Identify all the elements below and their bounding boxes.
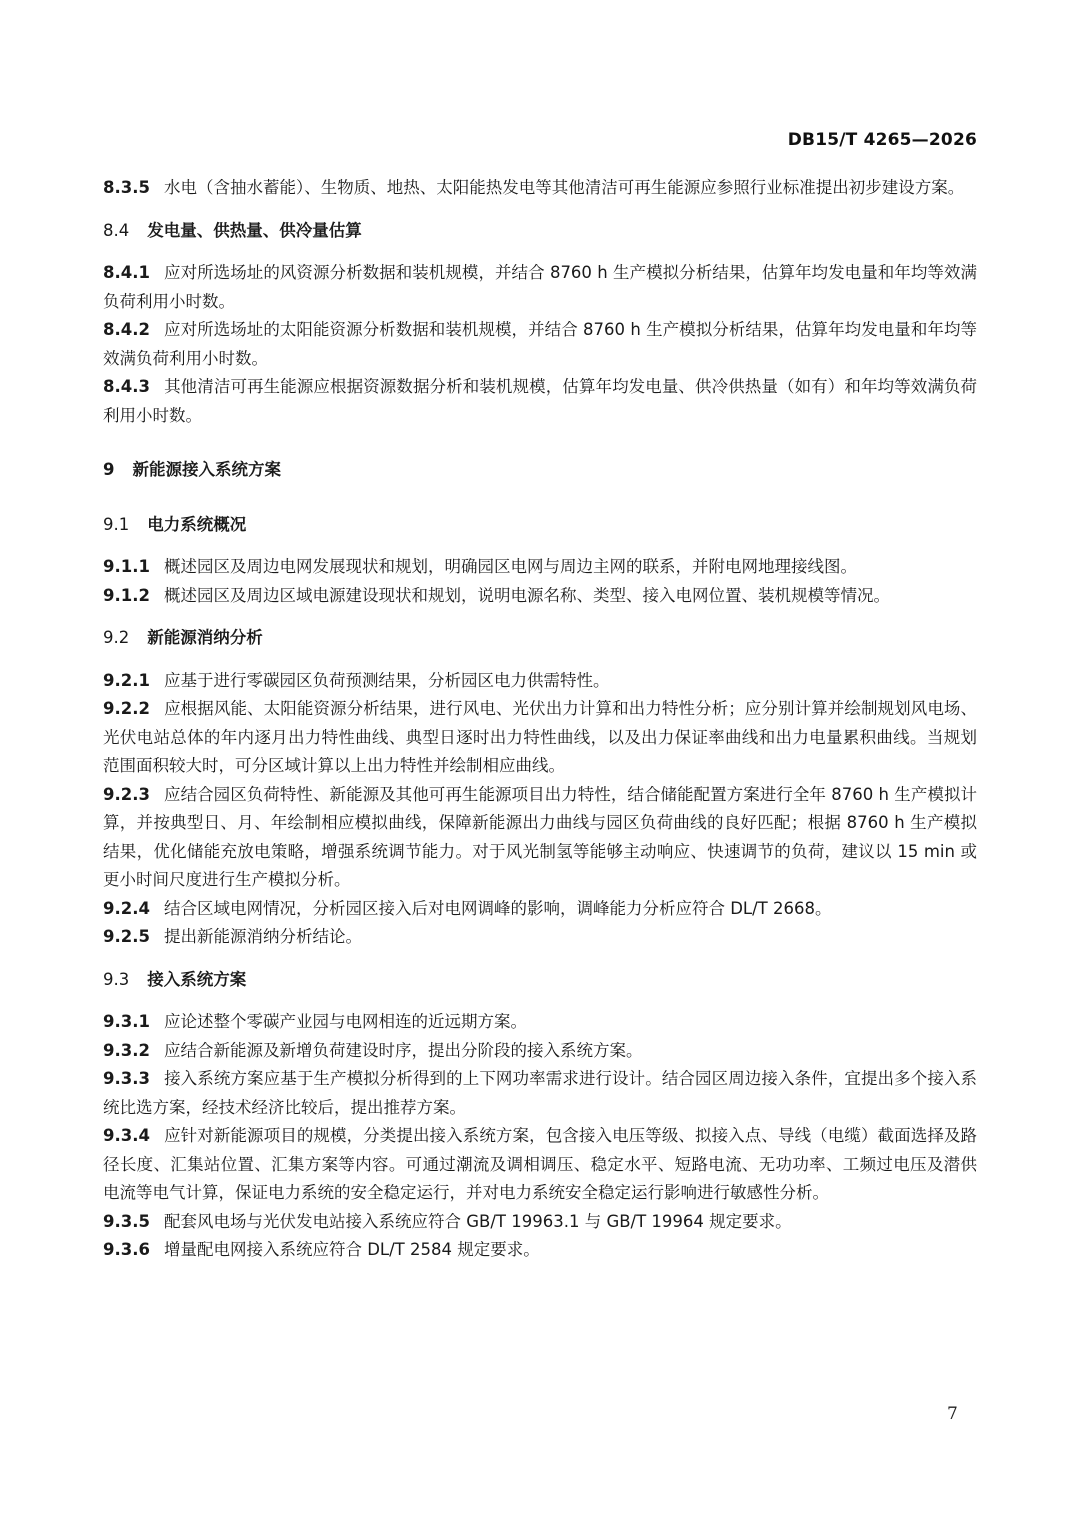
page-number: 7 <box>947 1404 958 1424</box>
heading-number: 8.4 <box>103 221 129 240</box>
clause-9-1-2: 9.1.2概述园区及周边区域电源建设现状和规划，说明电源名称、类型、接入电网位置… <box>103 582 977 611</box>
clause-9-3-3: 9.3.3接入系统方案应基于生产模拟分析得到的上下网功率需求进行设计。结合园区周… <box>103 1065 977 1122</box>
clause-9-3-1: 9.3.1应论述整个零碳产业园与电网相连的近远期方案。 <box>103 1008 977 1037</box>
clause-text: 接入系统方案应基于生产模拟分析得到的上下网功率需求进行设计。结合园区周边接入条件… <box>103 1069 977 1117</box>
clause-number: 9.3.3 <box>103 1069 150 1088</box>
heading-text: 新能源消纳分析 <box>147 628 263 647</box>
clause-text: 应结合新能源及新增负荷建设时序，提出分阶段的接入系统方案。 <box>164 1041 643 1060</box>
clause-number: 9.3.1 <box>103 1012 150 1031</box>
clause-8-3-5: 8.3.5水电（含抽水蓄能）、生物质、地热、太阳能热发电等其他清洁可再生能源应参… <box>103 174 977 203</box>
clause-number: 9.1.1 <box>103 557 150 576</box>
clause-text: 其他清洁可再生能源应根据资源数据分析和装机规模，估算年均发电量、供冷供热量（如有… <box>103 377 977 425</box>
clause-text: 应根据风能、太阳能资源分析结果，进行风电、光伏出力计算和出力特性分析；应分别计算… <box>103 699 977 775</box>
clause-number: 9.2.5 <box>103 927 150 946</box>
clause-text: 增量配电网接入系统应符合 DL/T 2584 规定要求。 <box>164 1240 540 1259</box>
document-body: 8.3.5水电（含抽水蓄能）、生物质、地热、太阳能热发电等其他清洁可再生能源应参… <box>103 174 977 1265</box>
document-page: DB15/T 4265—2026 8.3.5水电（含抽水蓄能）、生物质、地热、太… <box>0 0 1080 1527</box>
clause-number: 9.2.3 <box>103 785 150 804</box>
clause-9-3-5: 9.3.5配套风电场与光伏发电站接入系统应符合 GB/T 19963.1 与 G… <box>103 1208 977 1237</box>
clause-text: 应基于进行零碳园区负荷预测结果，分析园区电力供需特性。 <box>164 671 610 690</box>
clause-9-2-2: 9.2.2应根据风能、太阳能资源分析结果，进行风电、光伏出力计算和出力特性分析；… <box>103 695 977 781</box>
clause-number: 9.2.1 <box>103 671 150 690</box>
heading-number: 9.1 <box>103 515 129 534</box>
clause-number: 8.3.5 <box>103 178 150 197</box>
clause-number: 9.2.2 <box>103 699 150 718</box>
heading-9: 9新能源接入系统方案 <box>103 456 977 485</box>
clause-8-4-1: 8.4.1应对所选场址的风资源分析数据和装机规模，并结合 8760 h 生产模拟… <box>103 259 977 316</box>
clause-text: 配套风电场与光伏发电站接入系统应符合 GB/T 19963.1 与 GB/T 1… <box>164 1212 792 1231</box>
clause-8-4-3: 8.4.3其他清洁可再生能源应根据资源数据分析和装机规模，估算年均发电量、供冷供… <box>103 373 977 430</box>
clause-text: 提出新能源消纳分析结论。 <box>164 927 362 946</box>
clause-number: 9.3.4 <box>103 1126 150 1145</box>
heading-text: 新能源接入系统方案 <box>132 460 281 479</box>
heading-text: 接入系统方案 <box>147 970 246 989</box>
heading-8-4: 8.4发电量、供热量、供冷量估算 <box>103 217 977 246</box>
clause-9-3-2: 9.3.2应结合新能源及新增负荷建设时序，提出分阶段的接入系统方案。 <box>103 1037 977 1066</box>
clause-9-2-1: 9.2.1应基于进行零碳园区负荷预测结果，分析园区电力供需特性。 <box>103 667 977 696</box>
clause-9-1-1: 9.1.1概述园区及周边电网发展现状和规划，明确园区电网与周边主网的联系，并附电… <box>103 553 977 582</box>
clause-text: 应对所选场址的太阳能资源分析数据和装机规模，并结合 8760 h 生产模拟分析结… <box>103 320 977 368</box>
clause-8-4-2: 8.4.2应对所选场址的太阳能资源分析数据和装机规模，并结合 8760 h 生产… <box>103 316 977 373</box>
clause-number: 8.4.3 <box>103 377 150 396</box>
clause-text: 应论述整个零碳产业园与电网相连的近远期方案。 <box>164 1012 527 1031</box>
document-code-header: DB15/T 4265—2026 <box>788 130 977 150</box>
clause-text: 应对所选场址的风资源分析数据和装机规模，并结合 8760 h 生产模拟分析结果，… <box>103 263 977 311</box>
heading-9-3: 9.3接入系统方案 <box>103 966 977 995</box>
clause-number: 8.4.1 <box>103 263 150 282</box>
heading-9-1: 9.1电力系统概况 <box>103 511 977 540</box>
clause-9-3-6: 9.3.6增量配电网接入系统应符合 DL/T 2584 规定要求。 <box>103 1236 977 1265</box>
heading-text: 发电量、供热量、供冷量估算 <box>147 221 362 240</box>
clause-number: 9.2.4 <box>103 899 150 918</box>
heading-number: 9.3 <box>103 970 129 989</box>
clause-number: 9.3.2 <box>103 1041 150 1060</box>
clause-text: 应结合园区负荷特性、新能源及其他可再生能源项目出力特性，结合储能配置方案进行全年… <box>103 785 977 890</box>
clause-number: 8.4.2 <box>103 320 150 339</box>
clause-text: 结合区域电网情况，分析园区接入后对电网调峰的影响，调峰能力分析应符合 DL/T … <box>164 899 832 918</box>
clause-text: 应针对新能源项目的规模，分类提出接入系统方案，包含接入电压等级、拟接入点、导线（… <box>103 1126 977 1202</box>
clause-text: 水电（含抽水蓄能）、生物质、地热、太阳能热发电等其他清洁可再生能源应参照行业标准… <box>164 178 964 197</box>
heading-number: 9 <box>103 460 114 479</box>
clause-number: 9.1.2 <box>103 586 150 605</box>
clause-9-2-5: 9.2.5提出新能源消纳分析结论。 <box>103 923 977 952</box>
clause-9-2-4: 9.2.4结合区域电网情况，分析园区接入后对电网调峰的影响，调峰能力分析应符合 … <box>103 895 977 924</box>
clause-text: 概述园区及周边区域电源建设现状和规划，说明电源名称、类型、接入电网位置、装机规模… <box>164 586 890 605</box>
clause-9-2-3: 9.2.3应结合园区负荷特性、新能源及其他可再生能源项目出力特性，结合储能配置方… <box>103 781 977 895</box>
clause-number: 9.3.6 <box>103 1240 150 1259</box>
heading-text: 电力系统概况 <box>147 515 246 534</box>
clause-number: 9.3.5 <box>103 1212 150 1231</box>
clause-text: 概述园区及周边电网发展现状和规划，明确园区电网与周边主网的联系，并附电网地理接线… <box>164 557 857 576</box>
heading-number: 9.2 <box>103 628 129 647</box>
heading-9-2: 9.2新能源消纳分析 <box>103 624 977 653</box>
clause-9-3-4: 9.3.4应针对新能源项目的规模，分类提出接入系统方案，包含接入电压等级、拟接入… <box>103 1122 977 1208</box>
